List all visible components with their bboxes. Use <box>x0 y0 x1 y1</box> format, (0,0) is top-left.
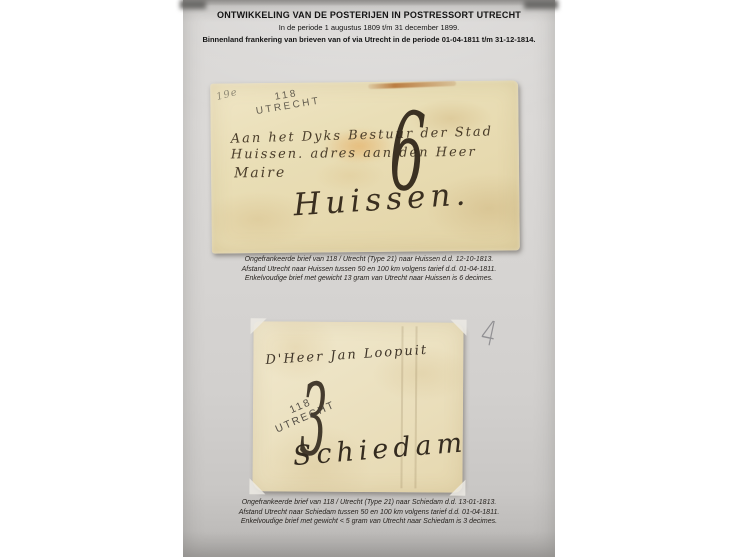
background-corner-left <box>180 0 206 9</box>
caption-line: Enkelvoudige brief met gewicht 13 gram v… <box>183 274 555 284</box>
corner-mount <box>449 480 465 496</box>
caption-huissen: Ongefrankeerde brief van 118 / Utrecht (… <box>183 255 555 284</box>
exhibit-scope: Binnenland frankering van brieven van of… <box>183 35 555 44</box>
corner-mount <box>249 478 265 494</box>
caption-schiedam: Ongefrankeerde brief van 118 / Utrecht (… <box>183 498 555 527</box>
corner-mount <box>451 320 467 336</box>
address-line: D'Heer Jan Loopuit <box>265 343 429 368</box>
postmark-118-utrecht: 118 UTRECHT <box>243 83 331 119</box>
caption-line: Enkelvoudige brief met gewicht < 5 gram … <box>183 517 555 527</box>
cover-huissen: 19e 118 UTRECHT Aan het Dyks Bestuur der… <box>210 80 520 253</box>
caption-line: Afstand Utrecht naar Schiedam tussen 50 … <box>183 508 555 518</box>
address-line: Huissen. adres aan den Heer <box>231 145 477 163</box>
album-page-photo: ONTWIKKELING VAN DE POSTERIJEN IN POSTRE… <box>0 0 740 557</box>
photo-bottom-shade <box>183 531 555 557</box>
background-corner-right <box>524 0 558 9</box>
caption-line: Ongefrankeerde brief van 118 / Utrecht (… <box>183 498 555 508</box>
caption-line: Afstand Utrecht naar Huissen tussen 50 e… <box>183 265 555 275</box>
photo-top-edge <box>183 0 555 6</box>
destination-script: Huissen. <box>292 176 471 223</box>
corner-mount <box>251 318 267 334</box>
exhibit-header: ONTWIKKELING VAN DE POSTERIJEN IN POSTRE… <box>183 10 555 44</box>
caption-line: Ongefrankeerde brief van 118 / Utrecht (… <box>183 255 555 265</box>
pencil-note-4: 4 <box>477 313 500 355</box>
address-line: Maire <box>234 165 286 182</box>
exhibit-period: In de periode 1 augustus 1809 t/m 31 dec… <box>183 23 555 32</box>
exhibit-page: ONTWIKKELING VAN DE POSTERIJEN IN POSTRE… <box>183 0 555 557</box>
exhibit-title: ONTWIKKELING VAN DE POSTERIJEN IN POSTRE… <box>183 10 555 20</box>
cover-schiedam: D'Heer Jan Loopuit 3 118 UTRECHT Schieda… <box>252 321 463 492</box>
handwritten-annotation: 19e <box>215 87 239 103</box>
